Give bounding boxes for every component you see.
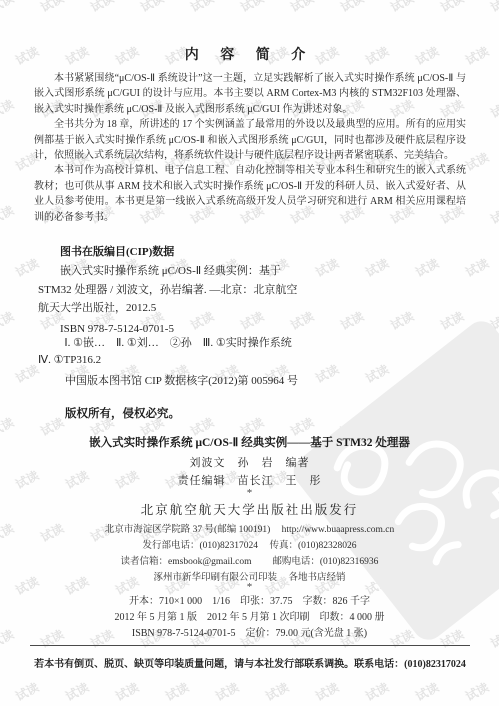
mail-order-text: 邮购电话：(010)82316936 (272, 557, 378, 567)
cip-line: 航天大学出版社，2012.5 (38, 299, 368, 318)
summary-section: 本书紧紧围绕“μC/OS-Ⅱ 系统设计”这一主题，立足实践解析了嵌入式实时操作系… (34, 71, 466, 225)
edition-line: 2012 年 5 月第 1 版 2012 年 5 月第 1 次印刷 印数：4 0… (0, 608, 499, 623)
cip-classification: Ⅰ. ①嵌… Ⅱ. ①刘… ②孙 Ⅲ. ①实时操作系统 Ⅳ. ①TP316.2 (38, 335, 378, 369)
publisher-line: 北京航空航天大学出版社出版发行 (0, 500, 499, 518)
page-content: 内 容 简 介 本书紧紧围绕“μC/OS-Ⅱ 系统设计”这一主题，立足实践解析了… (0, 0, 499, 706)
book-title: 嵌入式实时操作系统 μC/OS-Ⅱ 经典实例——基于 STM32 处理器 (0, 434, 499, 450)
phone-text: 发行部电话：(010)82317024 (142, 541, 258, 551)
summary-title: 内 容 简 介 (0, 44, 499, 64)
authors-line: 刘波文 孙 岩 编著 (0, 454, 499, 470)
email-text: 读者信箱：emsbook@gmail.com (121, 557, 252, 567)
cip-line: STM32 处理器 / 刘波文，孙岩编著. —北京：北京航空 (38, 281, 368, 300)
copyright-notice: 版权所有，侵权必究。 (65, 405, 180, 421)
isbn-price-line: ISBN 978-7-5124-0701-5 定价：79.00 元(含光盘 1 … (0, 624, 499, 639)
cip-class-line: Ⅳ. ①TP316.2 (38, 352, 378, 369)
address-text: 北京市海淀区学院路 37 号(邮编 100191) (105, 525, 270, 535)
footer-note: 若本书有倒页、脱页、缺页等印装质量问题，请与本社发行部联系调换。联系电话：(01… (24, 655, 476, 670)
format-line: 开本：710×1 000 1/16 印张：37.75 字数：826 千字 (0, 592, 499, 607)
cip-header: 图书在版编目(CIP)数据 (60, 243, 174, 259)
editors-line: 责任编辑 苗长江 王 彤 (0, 472, 499, 488)
website-text: http://www.buaapress.com.cn (282, 525, 395, 535)
cip-block: 嵌入式实时操作系统 μC/OS-Ⅱ 经典实例：基于 STM32 处理器 / 刘波… (38, 262, 368, 338)
summary-paragraph: 本书可作为高校计算机、电子信息工程、自动化控制等相关专业本科生和研究生的嵌入式系… (34, 163, 466, 225)
summary-paragraph: 全书共分为 18 章，所讲述的 17 个实例涵盖了最常用的外设以及最典型的应用。… (34, 117, 466, 163)
cip-class-line: Ⅰ. ①嵌… Ⅱ. ①刘… ②孙 Ⅲ. ①实时操作系统 (38, 335, 378, 352)
cip-registry: 中国版本图书馆 CIP 数据核字(2012)第 005964 号 (65, 372, 298, 388)
summary-paragraph: 本书紧紧围绕“μC/OS-Ⅱ 系统设计”这一主题，立足实践解析了嵌入式实时操作系… (34, 71, 466, 117)
cip-line: 嵌入式实时操作系统 μC/OS-Ⅱ 经典实例：基于 (38, 262, 368, 281)
fax-text: 传真：(010)82328026 (269, 541, 356, 551)
separator-star: * (0, 487, 499, 499)
address-line: 北京市海淀区学院路 37 号(邮编 100191)http://www.buaa… (0, 521, 499, 535)
email-line: 读者信箱：emsbook@gmail.com邮购电话：(010)82316936 (0, 553, 499, 567)
book-copyright-page: 试读试读试读试读试读试读试读试读试读试读试读试读试读试读试读试读试读试读试读试读… (0, 0, 499, 706)
phone-line: 发行部电话：(010)82317024传真：(010)82328026 (0, 537, 499, 551)
divider-rule (30, 645, 470, 646)
